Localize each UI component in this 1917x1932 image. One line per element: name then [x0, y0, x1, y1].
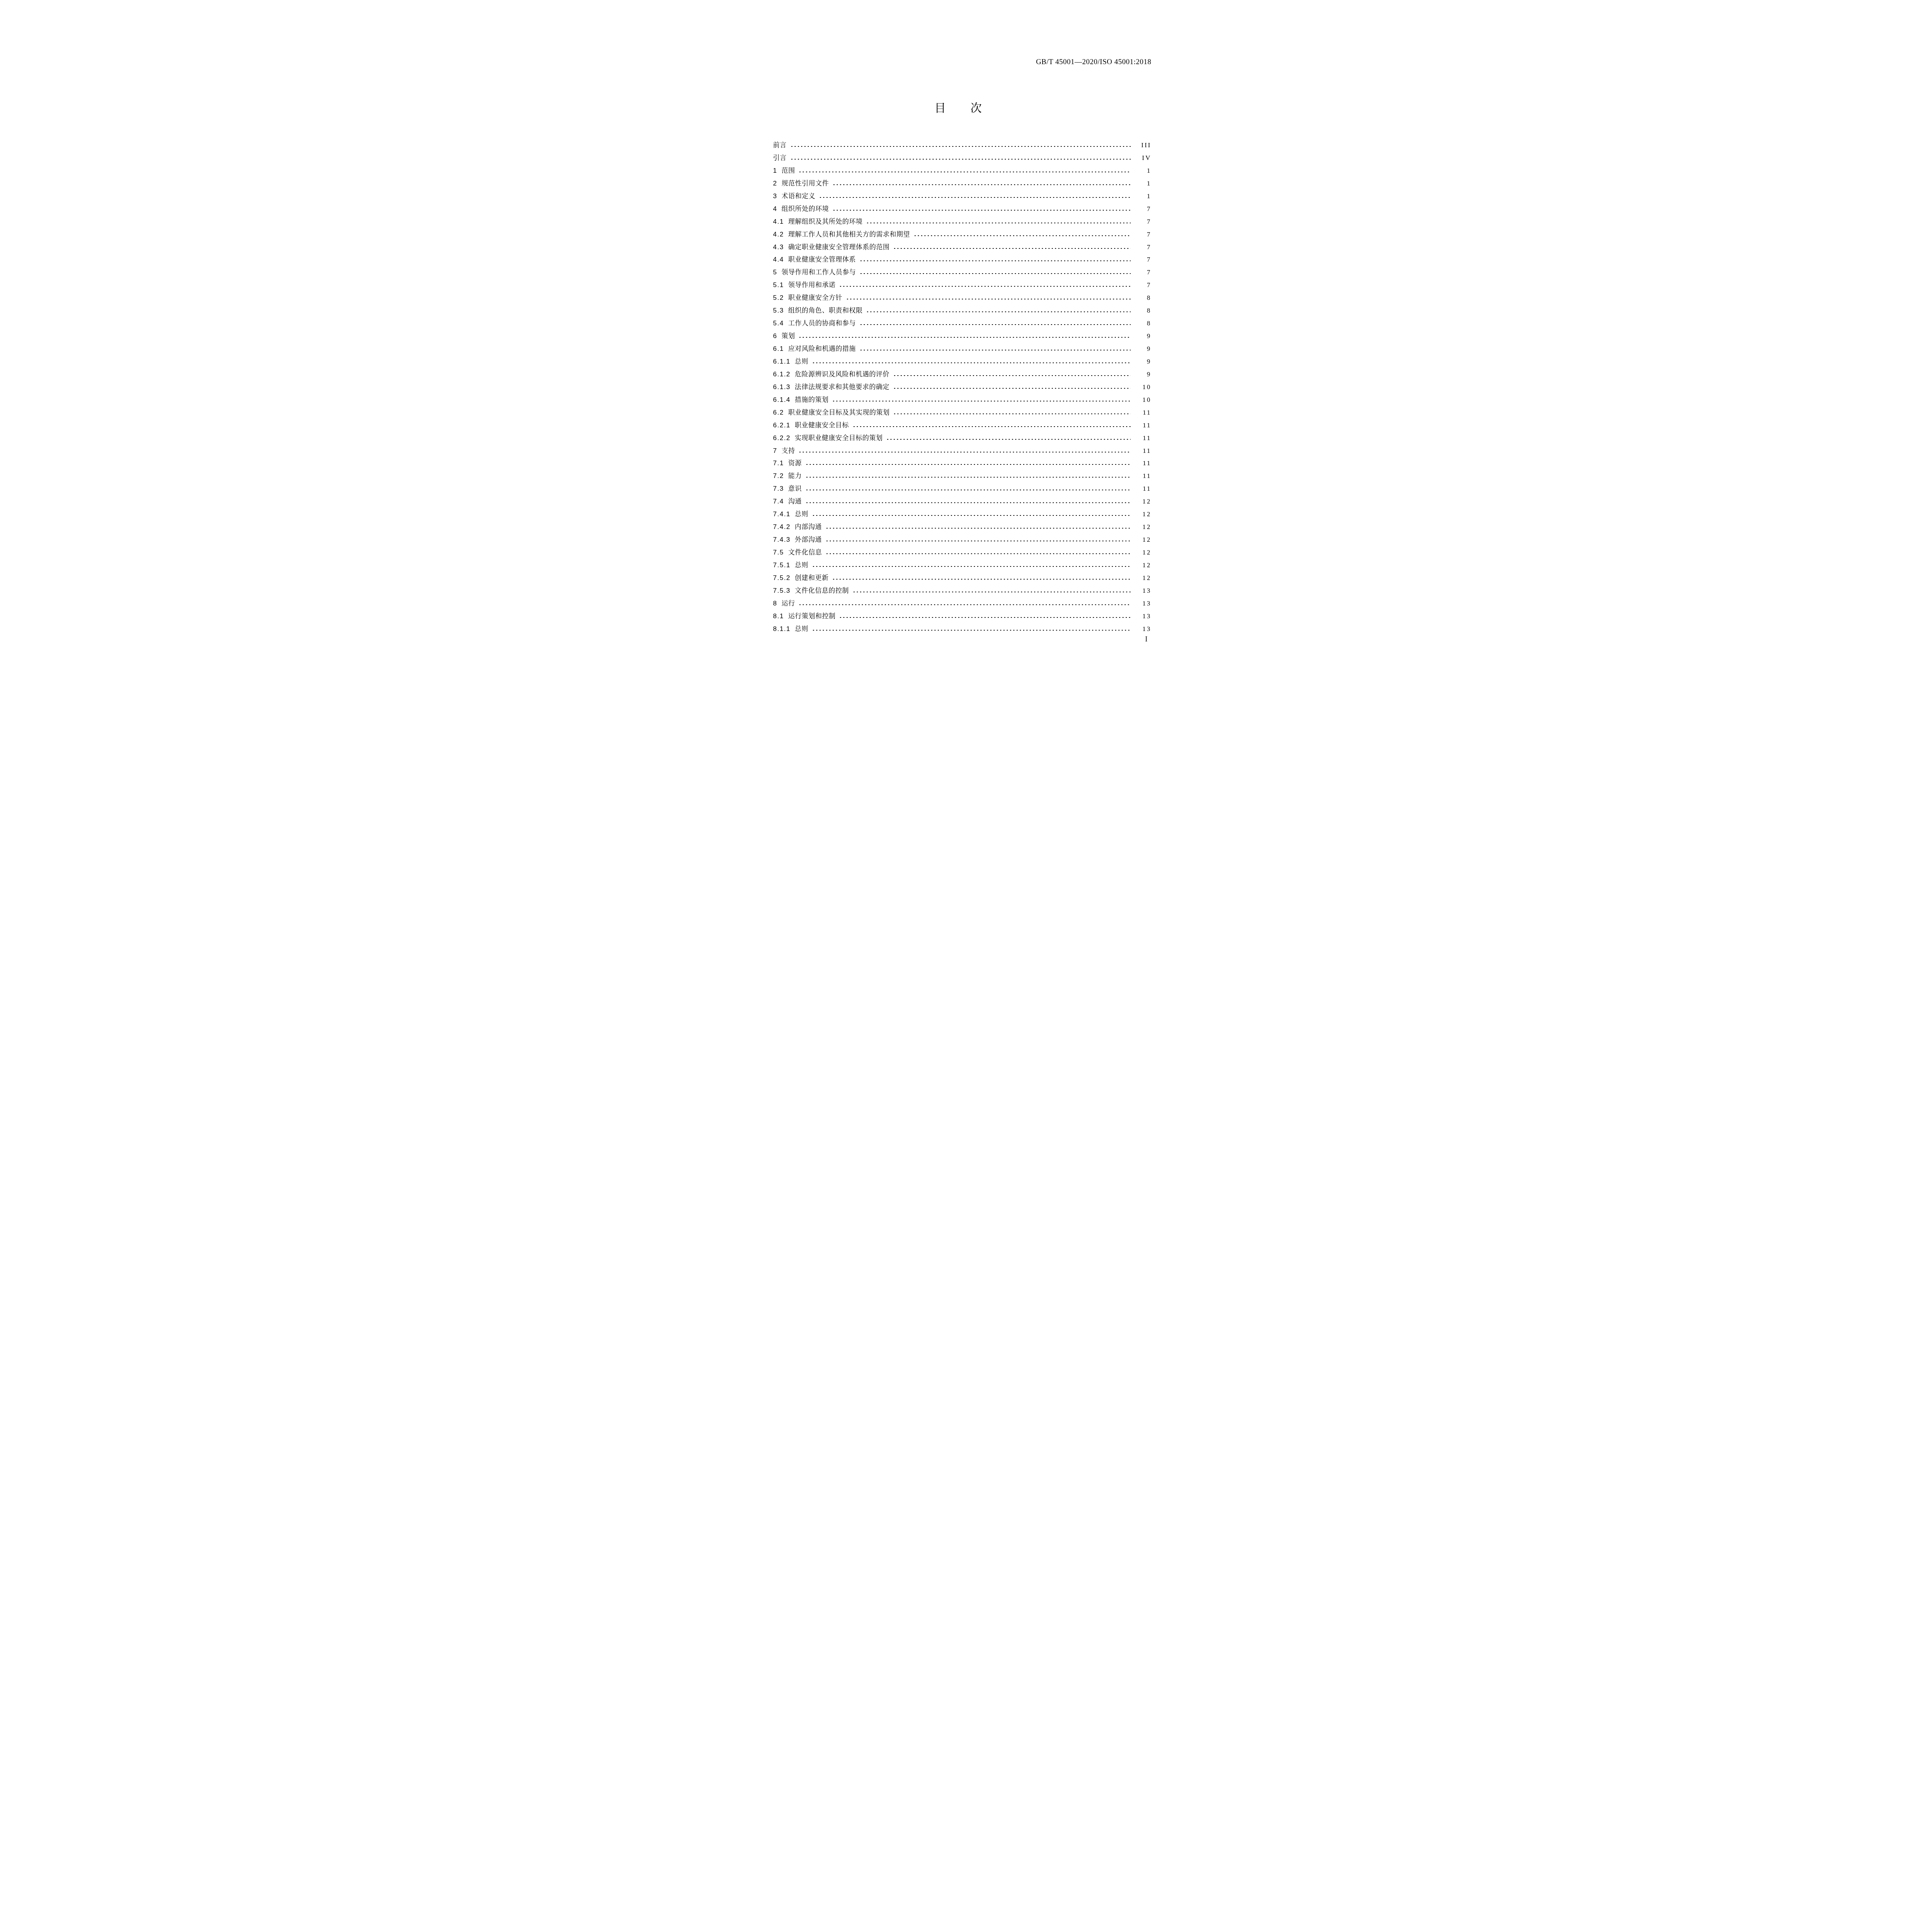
toc-entry: 7.5.1 总则 12	[773, 559, 1152, 572]
toc-entry: 5.3 组织的角色、职责和权限 8	[773, 304, 1152, 317]
toc-entry-page: 11	[1134, 419, 1152, 432]
toc-entry-title: 应对风险和机遇的措施	[788, 343, 856, 355]
toc-entry-number: 5	[773, 266, 777, 279]
toc-entry-number: 6.1.4	[773, 394, 791, 406]
toc-entry-number: 8	[773, 597, 777, 610]
toc-entry: 6.1.1 总则 9	[773, 355, 1152, 368]
toc-entry-title: 职业健康安全目标及其实现的策划	[788, 406, 890, 419]
toc-entry-title: 沟通	[788, 495, 802, 508]
toc-entry-page: III	[1134, 139, 1152, 152]
toc-entry-number: 7.5.3	[773, 585, 791, 597]
toc-entry-page: 12	[1134, 572, 1152, 585]
toc-entry-title: 外部沟通	[795, 534, 822, 546]
dot-leader	[859, 269, 1131, 274]
toc-entry-page: 12	[1134, 508, 1152, 521]
toc-entry-title: 职业健康安全方针	[788, 292, 842, 304]
toc-entry-number: 6.1	[773, 343, 784, 355]
dot-leader	[839, 613, 1130, 618]
toc-entry: 7.5.2 创建和更新 12	[773, 572, 1152, 585]
toc-entry-page: 1	[1134, 165, 1152, 177]
toc-entry-number: 3	[773, 190, 777, 203]
toc-entry-number: 7.5.2	[773, 572, 791, 585]
toc-entry-title: 确定职业健康安全管理体系的范围	[788, 241, 890, 254]
dot-leader	[859, 320, 1131, 325]
footer-page-number: I	[1145, 635, 1148, 643]
dot-leader	[825, 549, 1130, 554]
toc-entry: 8.1.1 总则 13	[773, 623, 1152, 636]
toc-entry-page: 11	[1134, 432, 1152, 445]
toc-entry-number: 4	[773, 203, 777, 216]
toc-entry-page: 7	[1134, 203, 1152, 216]
toc-entry: 8.1 运行策划和控制 13	[773, 610, 1152, 623]
toc-entry: 7.2 能力 11	[773, 470, 1152, 483]
dot-leader	[825, 537, 1131, 542]
toc-entry-page: 12	[1134, 534, 1152, 546]
toc-entry-page: 12	[1134, 546, 1152, 559]
toc-entry: 7.3 意识 11	[773, 483, 1152, 495]
dot-leader	[832, 575, 1130, 580]
dot-leader	[805, 486, 1131, 491]
toc-entry-number: 5.2	[773, 292, 784, 304]
toc-entry-number: 7.4	[773, 495, 784, 508]
toc-entry-title: 意识	[788, 483, 802, 495]
toc-entry-title: 职业健康安全管理体系	[788, 253, 856, 266]
toc-entry-number: 1	[773, 165, 777, 177]
toc-entry: 7.4 沟通 12	[773, 495, 1152, 508]
toc-entry: 4.4 职业健康安全管理体系 7	[773, 253, 1152, 266]
toc-entry-title: 能力	[788, 470, 802, 483]
toc-entry-page: 12	[1134, 495, 1152, 508]
toc-entry-title: 总则	[795, 623, 808, 636]
toc-entry-title: 组织所处的环境	[781, 203, 829, 216]
dot-leader	[886, 435, 1130, 440]
toc-entry: 7.5.3 文件化信息的控制 13	[773, 585, 1152, 597]
toc-entry-page: 11	[1134, 470, 1152, 483]
dot-leader	[805, 498, 1131, 503]
toc-entry-page: 7	[1134, 228, 1152, 241]
toc-entry-number: 4.2	[773, 228, 784, 241]
toc-entry: 4.2 理解工作人员和其他相关方的需求和期望 7	[773, 228, 1152, 241]
toc-entry-number: 7.3	[773, 483, 784, 495]
toc-entry-number: 5.3	[773, 304, 784, 317]
toc-entry-title: 总则	[795, 355, 808, 368]
dot-leader	[893, 384, 1131, 389]
toc-entry-page: 7	[1134, 216, 1152, 228]
toc-entry: 5.2 职业健康安全方针 8	[773, 292, 1152, 304]
toc-entry-title: 运行	[781, 597, 795, 610]
toc-entry: 6.2 职业健康安全目标及其实现的策划 11	[773, 406, 1152, 419]
toc-entry-number: 7.5	[773, 546, 784, 559]
toc-entry-page: 9	[1134, 330, 1152, 343]
toc-entry-number: 5.1	[773, 279, 784, 292]
toc-entry-title: 运行策划和控制	[788, 610, 836, 623]
toc-entry-page: 1	[1134, 190, 1152, 203]
toc-entry-page: 9	[1134, 368, 1152, 381]
toc-entry-title: 实现职业健康安全目标的策划	[795, 432, 883, 445]
dot-leader	[859, 257, 1131, 262]
toc-entry-title: 理解工作人员和其他相关方的需求和期望	[788, 228, 910, 241]
dot-leader	[825, 524, 1131, 529]
toc-entry-number: 7.5.1	[773, 559, 791, 572]
toc-entry: 引言 IV	[773, 152, 1152, 165]
dot-leader	[913, 231, 1131, 236]
dot-leader	[790, 155, 1131, 160]
toc-entry: 5 领导作用和工作人员参与 7	[773, 266, 1152, 279]
toc-entry-title: 措施的策划	[795, 394, 829, 406]
toc-entry-page: 11	[1134, 445, 1152, 457]
toc-entry-page: 7	[1134, 279, 1152, 292]
toc-entry: 6.2.2 实现职业健康安全目标的策划 11	[773, 432, 1152, 445]
dot-leader	[819, 193, 1131, 198]
dot-leader	[846, 295, 1131, 300]
toc-entry-number: 5.4	[773, 317, 784, 330]
toc-entry-page: 8	[1134, 304, 1152, 317]
toc-entry-number: 8.1.1	[773, 623, 791, 636]
toc-entry: 6.2.1 职业健康安全目标 11	[773, 419, 1152, 432]
toc-entry-number: 6	[773, 330, 777, 343]
toc-entry: 4 组织所处的环境 7	[773, 203, 1152, 216]
toc-entry-title: 领导作用和承诺	[788, 279, 836, 292]
toc-entry-title: 文件化信息的控制	[795, 585, 849, 597]
toc-entry-title: 资源	[788, 457, 802, 470]
toc-entry: 7.5 文件化信息 12	[773, 546, 1152, 559]
toc-entry: 1 范围 1	[773, 165, 1152, 177]
dot-leader	[812, 359, 1131, 364]
toc-entry: 4.1 理解组织及其所处的环境 7	[773, 216, 1152, 228]
toc-entry-page: 11	[1134, 483, 1152, 495]
dot-leader	[866, 308, 1130, 313]
toc-entry-title: 创建和更新	[795, 572, 829, 585]
dot-leader	[812, 626, 1131, 631]
dot-leader	[852, 588, 1131, 593]
document-header: GB/T 45001—2020/ISO 45001:2018	[1036, 58, 1152, 66]
document-page: GB/T 45001—2020/ISO 45001:2018 目 次 前言 II…	[719, 0, 1198, 678]
dot-leader	[893, 410, 1130, 415]
toc-entry-number: 8.1	[773, 610, 784, 623]
toc-entry: 3 术语和定义 1	[773, 190, 1152, 203]
toc-entry-page: 12	[1134, 559, 1152, 572]
toc-entry-title: 内部沟通	[795, 521, 822, 534]
toc-entry: 7.4.1 总则 12	[773, 508, 1152, 521]
toc-entry-title: 前言	[773, 139, 787, 152]
toc-entry-title: 组织的角色、职责和权限	[788, 304, 863, 317]
toc-entry: 7.1 资源 11	[773, 457, 1152, 470]
toc-entry: 7 支持 11	[773, 445, 1152, 457]
toc-entry-title: 范围	[781, 165, 795, 177]
dot-leader	[832, 206, 1131, 211]
toc-entry-number: 6.1.2	[773, 368, 791, 381]
toc-entry: 6.1 应对风险和机遇的措施 9	[773, 343, 1152, 355]
toc-entry-number: 4.3	[773, 241, 784, 254]
dot-leader	[812, 562, 1131, 567]
toc-entry-title: 总则	[795, 559, 808, 572]
toc-entry: 6 策划 9	[773, 330, 1152, 343]
toc-entry-page: 7	[1134, 241, 1152, 254]
toc-entry-title: 策划	[781, 330, 795, 343]
toc-entry-number: 7.4.3	[773, 534, 791, 546]
toc-entry-page: 7	[1134, 253, 1152, 266]
toc-entry-page: 8	[1134, 292, 1152, 304]
toc-entry: 7.4.3 外部沟通 12	[773, 534, 1152, 546]
toc-entry-title: 理解组织及其所处的环境	[788, 216, 863, 228]
toc-entry-title: 文件化信息	[788, 546, 822, 559]
toc-entry-number: 6.2.2	[773, 432, 791, 445]
toc-entry-page: 9	[1134, 355, 1152, 368]
toc-entry: 前言 III	[773, 139, 1152, 152]
toc-entry-page: 1	[1134, 177, 1152, 190]
dot-leader	[852, 422, 1131, 427]
dot-leader	[805, 460, 1131, 465]
toc-entry-page: 9	[1134, 343, 1152, 355]
toc-entry-page: 13	[1134, 597, 1152, 610]
dot-leader	[805, 473, 1131, 478]
toc-entry-page: 10	[1134, 381, 1152, 394]
dot-leader	[832, 180, 1131, 185]
toc-entry-title: 法律法规要求和其他要求的确定	[795, 381, 890, 394]
toc-entry-number: 7.2	[773, 470, 784, 483]
toc-entry: 5.4 工作人员的协商和参与 8	[773, 317, 1152, 330]
toc-entry-number: 4.4	[773, 253, 784, 266]
dot-leader	[839, 282, 1130, 287]
toc-entry-page: 7	[1134, 266, 1152, 279]
toc-entry-title: 总则	[795, 508, 808, 521]
toc-entry: 2 规范性引用文件 1	[773, 177, 1152, 190]
toc-entry-title: 规范性引用文件	[781, 177, 829, 190]
dot-leader	[798, 333, 1130, 338]
dot-leader	[790, 142, 1131, 147]
dot-leader	[812, 511, 1131, 516]
toc-entry-title: 危险源辨识及风险和机遇的评价	[795, 368, 890, 381]
toc-entry: 6.1.3 法律法规要求和其他要求的确定 10	[773, 381, 1152, 394]
dot-leader	[832, 397, 1130, 402]
toc-entry-title: 职业健康安全目标	[795, 419, 849, 432]
toc-entry: 5.1 领导作用和承诺 7	[773, 279, 1152, 292]
toc-entry: 6.1.4 措施的策划 10	[773, 394, 1152, 406]
dot-leader	[859, 346, 1131, 351]
toc-entry-number: 6.2.1	[773, 419, 791, 432]
toc-entry-number: 6.2	[773, 406, 784, 419]
standard-number: GB/T 45001—2020/ISO 45001:2018	[1036, 58, 1152, 66]
toc-entry-page: 13	[1134, 585, 1152, 597]
toc-entry-page: IV	[1134, 152, 1152, 165]
toc-entry-page: 11	[1134, 457, 1152, 470]
table-of-contents: 前言 III 引言 IV 1 范围 1 2 规范性引用文件 1 3 术语和定义 …	[773, 139, 1152, 636]
dot-leader	[798, 600, 1130, 605]
toc-entry: 6.1.2 危险源辨识及风险和机遇的评价 9	[773, 368, 1152, 381]
toc-entry-number: 6.1.3	[773, 381, 791, 394]
toc-entry-title: 术语和定义	[781, 190, 815, 203]
toc-entry-title: 工作人员的协商和参与	[788, 317, 856, 330]
toc-entry-number: 7.4.1	[773, 508, 791, 521]
toc-entry-title: 支持	[781, 445, 795, 457]
toc-entry-number: 7.4.2	[773, 521, 791, 534]
toc-entry-title: 领导作用和工作人员参与	[781, 266, 856, 279]
dot-leader	[866, 219, 1130, 224]
toc-entry-page: 8	[1134, 317, 1152, 330]
toc-entry-page: 10	[1134, 394, 1152, 406]
dot-leader	[798, 448, 1130, 453]
dot-leader	[893, 244, 1130, 249]
toc-entry-page: 12	[1134, 521, 1152, 534]
toc-entry: 4.3 确定职业健康安全管理体系的范围 7	[773, 241, 1152, 254]
dot-leader	[893, 371, 1131, 376]
toc-entry-page: 13	[1134, 623, 1152, 636]
toc-entry-page: 11	[1134, 406, 1152, 419]
toc-entry-title: 引言	[773, 152, 787, 165]
toc-entry-number: 7	[773, 445, 777, 457]
dot-leader	[798, 168, 1130, 173]
toc-entry: 8 运行 13	[773, 597, 1152, 610]
toc-entry-number: 2	[773, 177, 777, 190]
toc-entry-number: 7.1	[773, 457, 784, 470]
toc-entry: 7.4.2 内部沟通 12	[773, 521, 1152, 534]
toc-entry-number: 6.1.1	[773, 355, 791, 368]
page-title: 目 次	[719, 100, 1198, 116]
toc-entry-page: 13	[1134, 610, 1152, 623]
toc-entry-number: 4.1	[773, 216, 784, 228]
